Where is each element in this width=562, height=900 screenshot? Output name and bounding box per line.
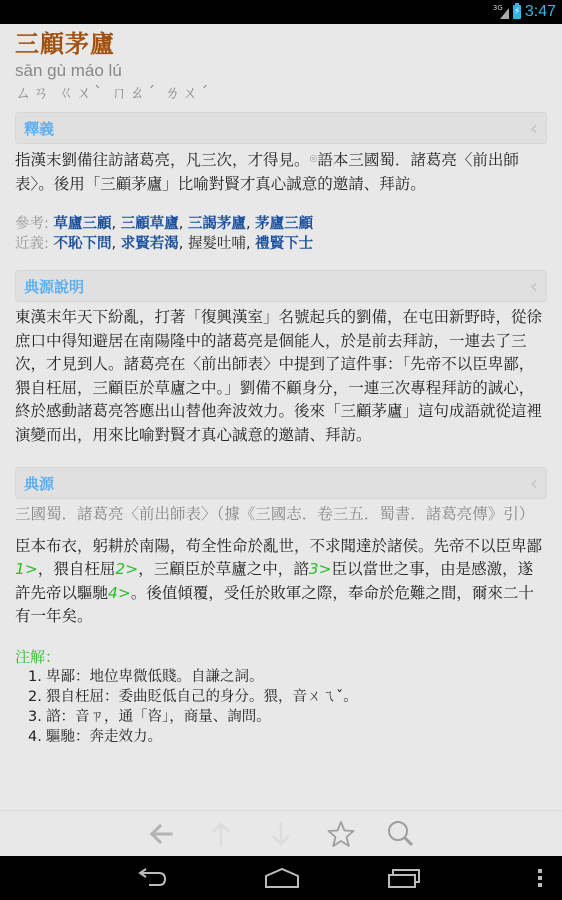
previous-entry-button[interactable] — [203, 816, 239, 852]
synonym-link[interactable]: 不恥下問 — [54, 236, 112, 252]
section-title: 典源 — [24, 473, 54, 494]
synonyms-label: 近義: — [15, 236, 49, 252]
origin-explanation-text: 東漢末年天下紛亂，打著「復興漢室」名號起兵的劉備，在屯田新野時，從徐庶口中得知避… — [15, 306, 547, 447]
footnote-ref[interactable]: 3> — [309, 560, 332, 578]
bottom-toolbar — [0, 810, 562, 856]
origin-source: 三國蜀．諸葛亮〈前出師表〉（據《三國志．卷三五．蜀書．諸葛亮傳》引） — [15, 503, 547, 527]
section-title: 典源說明 — [24, 276, 84, 297]
reference-link[interactable]: 三謁茅廬 — [188, 216, 246, 232]
section-title: 釋義 — [24, 118, 54, 139]
entry-title: 三顧茅廬 — [15, 30, 547, 60]
star-icon — [327, 820, 355, 848]
recents-icon — [387, 867, 421, 889]
section-header-origin-explanation[interactable]: 典源說明 ‹ — [15, 270, 547, 302]
up-arrow-icon — [207, 820, 235, 848]
favorite-button[interactable] — [323, 816, 359, 852]
note-item: 3.諮：音ㄗ，通「咨」，商量、詢問。 — [28, 707, 547, 727]
entry-content[interactable]: 三顧茅廬 sān gù máo lú ㄙㄢ ㄍㄨˋ ㄇㄠˊ ㄌㄨˊ 釋義 ‹ 指… — [0, 24, 562, 810]
notes-list: 1.卑鄙：地位卑微低賤。自謙之詞。 2.猥自枉屈：委曲貶低自己的身分。猥，音ㄨㄟ… — [28, 667, 547, 747]
notes-title: 注解： — [15, 647, 547, 667]
origin-quote: 臣本布衣，躬耕於南陽，苟全性命於亂世，不求聞達於諸侯。先帝不以臣卑鄙1>，猥自枉… — [15, 535, 547, 629]
system-back-icon — [135, 867, 169, 889]
overflow-menu-button[interactable] — [528, 862, 552, 894]
synonym-link[interactable]: 求賢若渴 — [121, 236, 179, 252]
reference-link[interactable]: 茅廬三顧 — [255, 216, 313, 232]
note-item: 4.驅馳：奔走效力。 — [28, 727, 547, 747]
home-icon — [264, 867, 300, 889]
status-bar: 3G ⚡ 3:47 — [0, 0, 562, 24]
definition-text: 指漢末劉備往訪諸葛亮，凡三次，才得見。◎語本三國蜀．諸葛亮〈前出師表〉。後用「三… — [15, 148, 547, 196]
section-header-origin[interactable]: 典源 ‹ — [15, 467, 547, 499]
status-icons: 3G ⚡ 3:47 — [493, 0, 556, 24]
battery-charging-icon: ⚡ — [513, 5, 521, 19]
collapse-chevron-icon[interactable]: ‹ — [530, 274, 538, 298]
search-button[interactable] — [383, 816, 419, 852]
reference-link[interactable]: 三顧草廬 — [121, 216, 179, 232]
clock: 3:47 — [525, 3, 556, 21]
system-home-button[interactable] — [262, 862, 302, 894]
synonym-link[interactable]: 禮賢下士 — [255, 236, 313, 252]
down-arrow-icon — [267, 820, 295, 848]
references-row: 參考: 草廬三顧, 三顧草廬, 三謁茅廬, 茅廬三顧 — [15, 214, 547, 234]
network-signal-icon: 3G — [493, 5, 509, 19]
reference-link[interactable]: 草廬三顧 — [54, 216, 112, 232]
back-arrow-icon — [147, 820, 175, 848]
footnote-ref[interactable]: 4> — [108, 584, 131, 602]
note-item: 1.卑鄙：地位卑微低賤。自謙之詞。 — [28, 667, 547, 687]
references-label: 參考: — [15, 216, 49, 232]
footnote-ref[interactable]: 1> — [15, 560, 38, 578]
system-nav-bar — [0, 856, 562, 900]
synonyms-row: 近義: 不恥下問, 求賢若渴, 握髮吐哺, 禮賢下士 — [15, 234, 547, 254]
collapse-chevron-icon[interactable]: ‹ — [530, 116, 538, 140]
back-button[interactable] — [143, 816, 179, 852]
next-entry-button[interactable] — [263, 816, 299, 852]
section-header-definition[interactable]: 釋義 ‹ — [15, 112, 547, 144]
system-back-button[interactable] — [132, 862, 172, 894]
overflow-menu-icon — [537, 868, 543, 888]
synonym-text: 握髮吐哺 — [188, 236, 246, 252]
pinyin: sān gù máo lú — [15, 60, 547, 82]
search-icon — [386, 819, 416, 849]
zhuyin: ㄙㄢ ㄍㄨˋ ㄇㄠˊ ㄌㄨˊ — [15, 82, 547, 104]
footnote-ref[interactable]: 2> — [115, 560, 138, 578]
related-terms: 參考: 草廬三顧, 三顧草廬, 三謁茅廬, 茅廬三顧 近義: 不恥下問, 求賢若… — [15, 214, 547, 254]
collapse-chevron-icon[interactable]: ‹ — [530, 471, 538, 495]
system-recents-button[interactable] — [384, 862, 424, 894]
note-item: 2.猥自枉屈：委曲貶低自己的身分。猥，音ㄨㄟˇ。 — [28, 687, 547, 707]
